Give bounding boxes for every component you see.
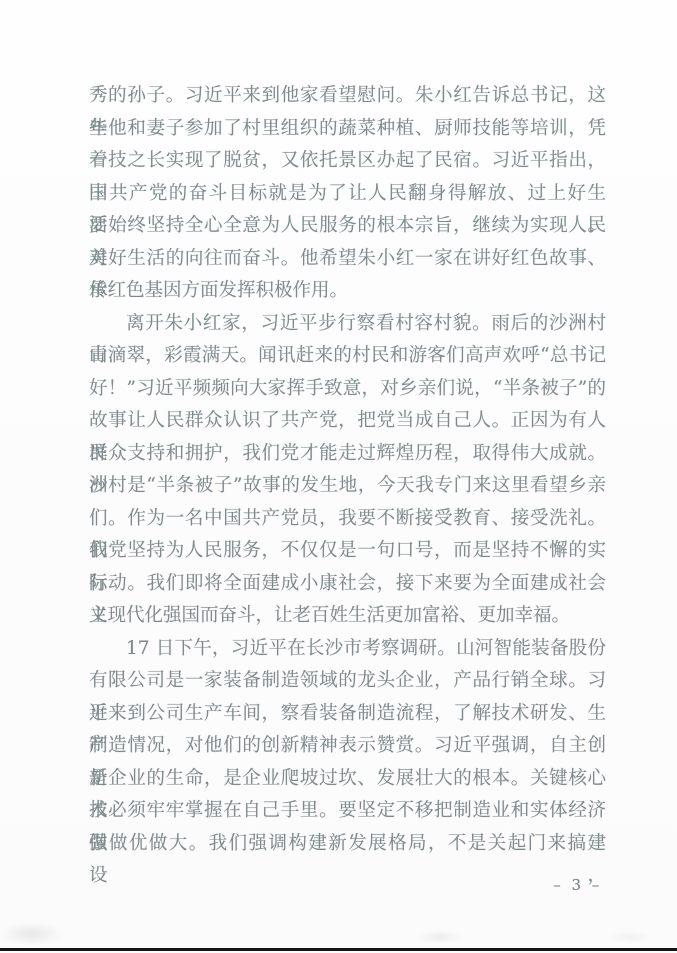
text-line: 平来到公司生产车间，察看装备制造流程，了解技术研发、生产 — [89, 698, 606, 731]
text-line: 一技之长实现了脱贫，又依托景区办起了民宿。习近平指出，中 — [89, 145, 606, 178]
text-line: 年他和妻子参加了村里组织的蔬菜种植、厨师技能等培训，凭着 — [89, 113, 606, 146]
text-line: 义现代化强国而奋斗，让老百姓生活更加富裕、更加幸福。 — [89, 600, 606, 633]
text-line: 们党坚持为人民服务，不仅仅是一句口号，而是坚持不懈的实际 — [89, 535, 606, 568]
text-line: 制造情况，对他们的创新精神表示赞赏。习近平强调，自主创新 — [89, 730, 606, 763]
paragraph: 17 日下午，习近平在长沙市考察调研。山河智能装备股份 有限公司是一家装备制造领… — [89, 633, 606, 861]
text-line: 秀的孙子。习近平来到他家看望慰问。朱小红告诉总书记，这些 — [89, 80, 606, 113]
scanner-edge-line — [0, 948, 677, 951]
scan-smudge — [418, 930, 462, 944]
text-line: 好！”习近平频频向大家挥手致意，对乡亲们说，“半条被子”的 — [89, 373, 606, 406]
text-line: 17 日下午，习近平在长沙市考察调研。山河智能装备股份 — [89, 633, 606, 666]
text-line: 国共产党的奋斗目标就是为了让人民翻身得解放、过上好生活。 — [89, 178, 606, 211]
text-line: 行动。我们即将全面建成小康社会，接下来要为全面建成社会主 — [89, 568, 606, 601]
paragraph: 秀的孙子。习近平来到他家看望慰问。朱小红告诉总书记，这些 年他和妻子参加了村里组… — [89, 80, 606, 308]
text-line: 术必须牢牢掌握在自己手里。要坚定不移把制造业和实体经济做 — [89, 795, 606, 828]
document-body-text: 秀的孙子。习近平来到他家看望慰问。朱小红告诉总书记，这些 年他和妻子参加了村里组… — [89, 80, 606, 860]
scan-smudge — [0, 922, 64, 946]
paragraph: 离开朱小红家，习近平步行察看村容村貌。雨后的沙洲村青 山滴翠，彩霞满天。闻讯赶来… — [89, 308, 606, 633]
text-line: 故事让人民群众认识了共产党，把党当成自己人。正因为有人民 — [89, 405, 606, 438]
page-number: – 3 – — [546, 876, 608, 894]
text-line: 洲村是“半条被子”故事的发生地，今天我专门来这里看望乡亲 — [89, 470, 606, 503]
text-line: 离开朱小红家，习近平步行察看村容村貌。雨后的沙洲村青 — [89, 308, 606, 341]
scanned-document-page: 秀的孙子。习近平来到他家看望慰问。朱小红告诉总书记，这些 年他和妻子参加了村里组… — [0, 0, 677, 953]
text-line: 要始终坚持全心全意为人民服务的根本宗旨，继续为实现人民对 — [89, 210, 606, 243]
text-line: 群众支持和拥护，我们党才能走过辉煌历程，取得伟大成就。沙 — [89, 438, 606, 471]
text-line: 们。作为一名中国共产党员，我要不断接受教育、接受洗礼。我 — [89, 503, 606, 536]
text-line: 美好生活的向往而奋斗。他希望朱小红一家在讲好红色故事、传 — [89, 243, 606, 276]
text-line: 有限公司是一家装备制造领域的龙头企业，产品行销全球。习近 — [89, 665, 606, 698]
text-line: 山滴翠，彩霞满天。闻讯赶来的村民和游客们高声欢呼“总书记 — [89, 340, 606, 373]
scan-smudge — [608, 930, 652, 944]
text-line: 强做优做大。我们强调构建新发展格局，不是关起门来搞建设， — [89, 828, 606, 861]
text-line: 是企业的生命，是企业爬坡过坎、发展壮大的根本。关键核心技 — [89, 763, 606, 796]
text-line: 承红色基因方面发挥积极作用。 — [89, 275, 606, 308]
